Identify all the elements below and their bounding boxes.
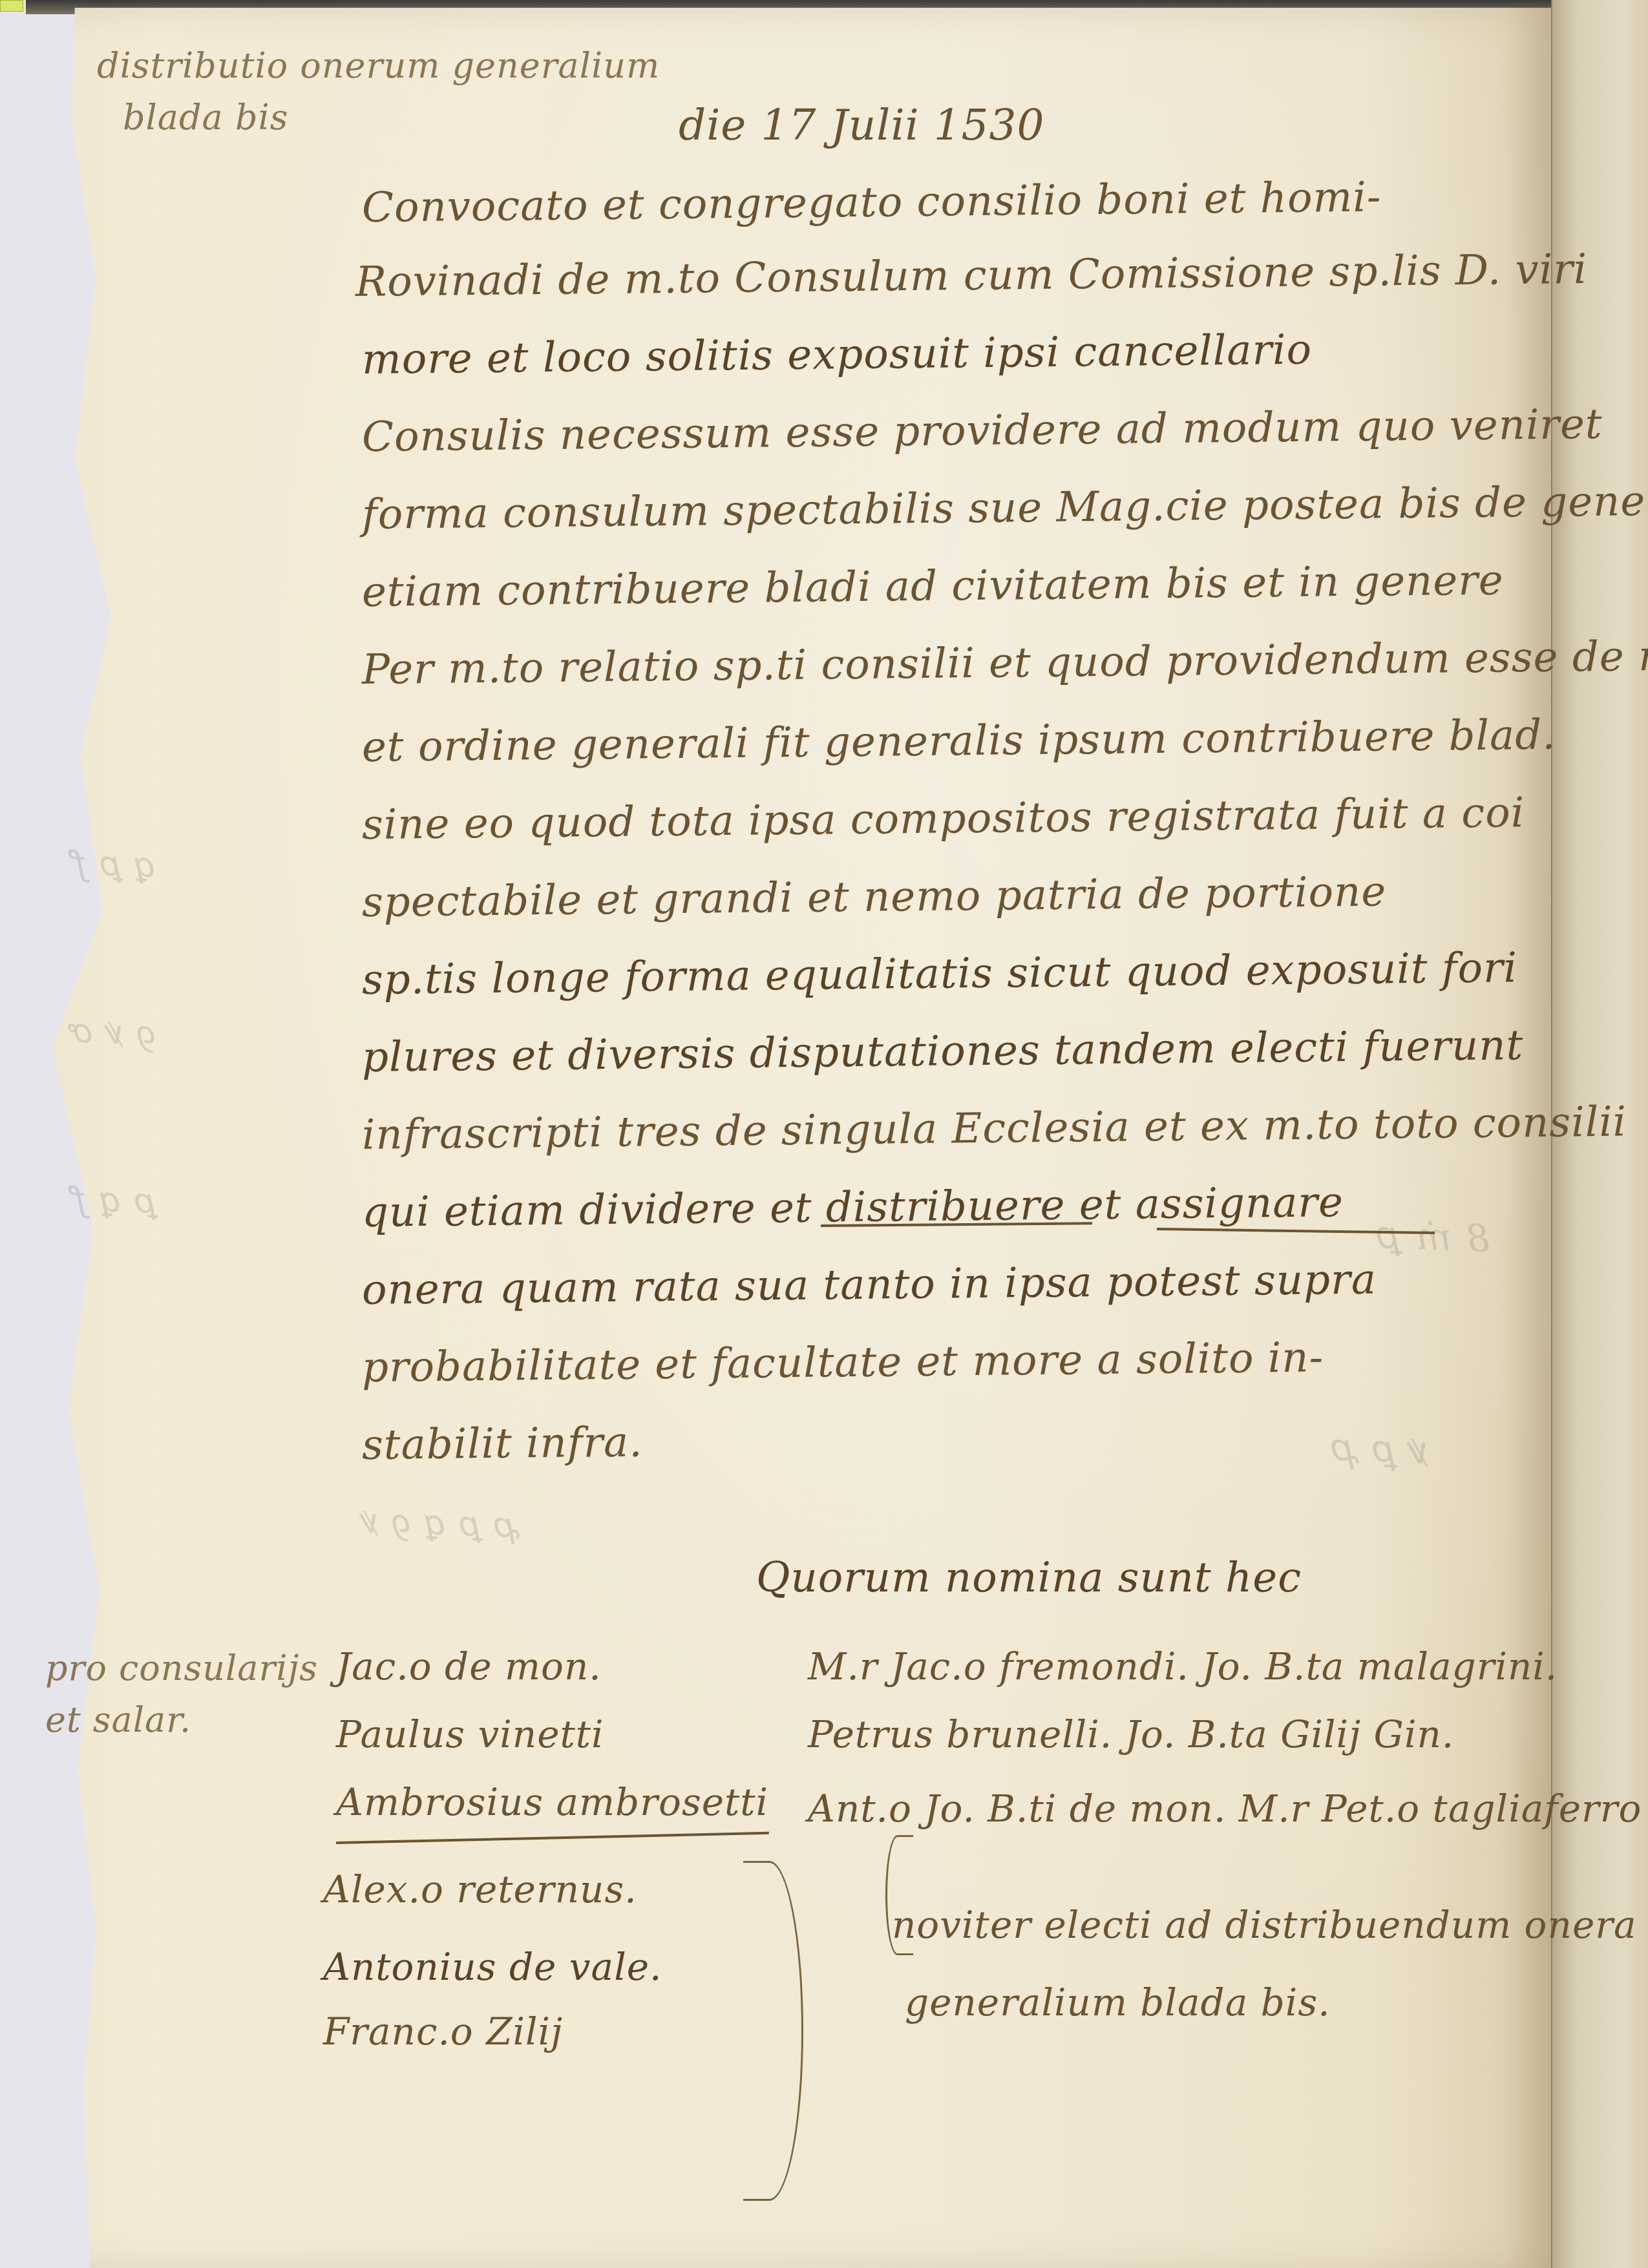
bleed-through: ꝯ ꝟ ꝍ bbox=[70, 1007, 159, 1056]
elected-name: Paulus vinetti bbox=[336, 1712, 604, 1756]
bleed-through: ꝓ ꝑ ꝗ ꝯ ꝟ bbox=[361, 1496, 522, 1548]
margin-note-line: blada bis bbox=[123, 97, 289, 138]
margin-note-line: et salar. bbox=[45, 1699, 191, 1740]
elected-name: Alex.o reternus. bbox=[323, 1867, 637, 1911]
margin-note-line: distributio onerum generalium bbox=[97, 45, 660, 86]
elected-name: Ambrosius ambrosetti bbox=[336, 1780, 768, 1824]
elected-name: Petrus brunelli. Jo. B.ta Gilij Gin. bbox=[808, 1712, 1454, 1756]
bleed-through: ꝗ ꝑ ꝭ bbox=[70, 839, 158, 888]
bracket-note-line: noviter electi ad distribuendum onera bbox=[892, 1903, 1637, 1947]
elected-name: M.r Jac.o fremondi. Jo. B.ta malagrini. bbox=[808, 1644, 1558, 1688]
scan-color-tag bbox=[0, 0, 23, 12]
elected-name: Jac.o de mon. bbox=[336, 1644, 602, 1688]
names-section-title: Quorum nomina sunt hec bbox=[756, 1554, 1302, 1602]
margin-note-line: pro consularijs bbox=[45, 1648, 318, 1688]
date-heading: die 17 Julii 1530 bbox=[679, 100, 1045, 150]
bleed-through: 8 ṁ ꝑ bbox=[1376, 1213, 1491, 1261]
elected-name: Franc.o Zilij bbox=[323, 2010, 563, 2053]
body-line: more et loco solitis exposuit ipsi cance… bbox=[362, 326, 1313, 384]
bleed-through: ꝟ ꝑ ꝓ bbox=[1331, 1420, 1431, 1474]
bleed-through: ꝑ ꝗ ꝭ bbox=[70, 1175, 158, 1224]
bracket-note-line: generalium blada bis. bbox=[905, 1980, 1331, 2024]
elected-name: Antonius de vale. bbox=[323, 1945, 662, 1989]
elected-name: Ant.o Jo. B.ti de mon. M.r Pet.o tagliaf… bbox=[808, 1787, 1642, 1831]
body-line: probabilitate et facultate et more a sol… bbox=[362, 1334, 1324, 1392]
body-line: stabilit infra. bbox=[362, 1418, 643, 1469]
